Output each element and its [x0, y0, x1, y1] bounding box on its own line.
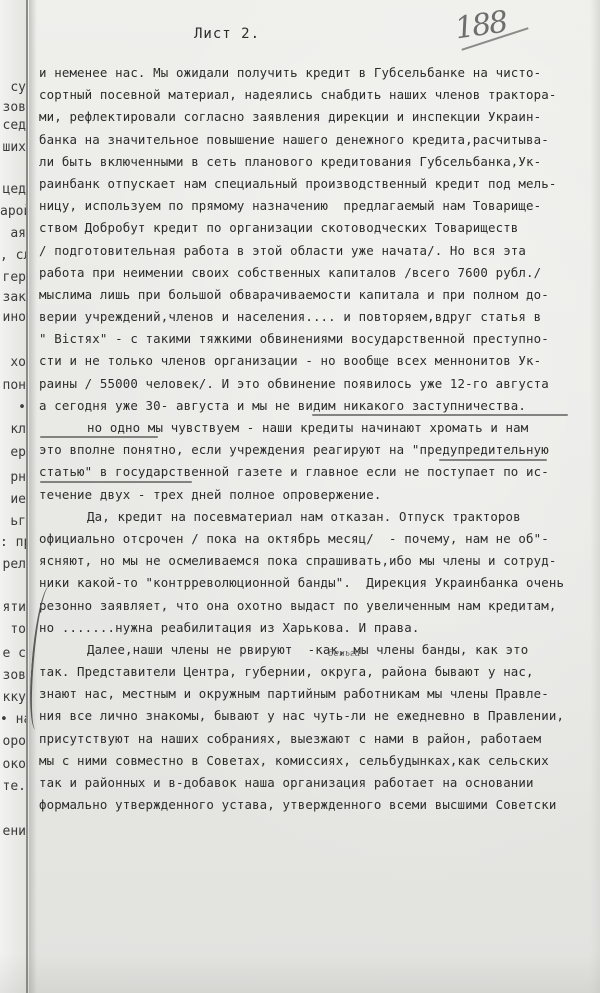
- margin-fragment: •: [0, 400, 26, 415]
- margin-fragment: ая: [0, 226, 26, 241]
- margin-fragment: рн: [0, 470, 26, 485]
- margin-fragment: зов: [0, 668, 26, 683]
- margin-fragment: пон: [0, 378, 26, 393]
- margin-fragment: ени: [0, 824, 26, 839]
- page-bottom-shadow: [0, 953, 600, 993]
- text-line: течение двух - трех дней полное опроверж…: [39, 484, 595, 506]
- text-line: ли быть включенными в сеть планового кре…: [39, 151, 595, 173]
- underline-mark: [312, 414, 568, 416]
- text-line: " Вістях" - с такими тяжкими обвинениями…: [39, 328, 595, 350]
- text-line: ством Добробут кредит по организации ско…: [39, 217, 595, 239]
- margin-fragment: цед: [0, 182, 26, 197]
- margin-fragment: рел: [0, 557, 26, 572]
- underline-mark: [439, 459, 547, 461]
- margin-fragment: , сл: [0, 248, 26, 263]
- margin-fragment: ие: [0, 492, 26, 507]
- margin-fragment: ших: [0, 140, 26, 155]
- underline-mark: [40, 436, 158, 438]
- underline-mark: [40, 481, 192, 483]
- margin-fragment: оро: [0, 734, 26, 749]
- margin-fragment: то: [0, 622, 26, 637]
- text-line: мы с ними совместно в Советах, комиссиях…: [39, 750, 595, 772]
- text-line: ницу, используем по прямому назначению п…: [39, 195, 595, 217]
- margin-fragment: ьг: [0, 514, 26, 529]
- binding-fold-line: [26, 0, 28, 993]
- text-line: сортный посевной материал, надеялись сна…: [39, 84, 595, 106]
- text-line: мыслима лишь при большой обварачиваемост…: [39, 284, 595, 306]
- document-page: сузовседшихцедаройая, слгерзакинохопон•к…: [0, 0, 600, 993]
- margin-fragment: е с: [0, 646, 26, 661]
- typewritten-body: и неменее нас. Мы ожидали получить креди…: [39, 62, 595, 816]
- text-line: верии учреждений,членов и населения.... …: [39, 306, 595, 328]
- margin-fragment: гер: [0, 270, 26, 285]
- text-line: / подготовительная работа в этой области…: [39, 240, 595, 262]
- text-line: банка на значительное повышение нашего д…: [39, 129, 595, 151]
- text-line: присутствуют на наших собраниях, выезжаю…: [39, 728, 595, 750]
- margin-fragment: хо: [0, 355, 26, 370]
- text-line: работа при неимении своих собственных ка…: [39, 262, 595, 284]
- text-line: сти и не только членов организации - но …: [39, 350, 595, 372]
- text-line: знают нас, местным и окружным партийным …: [39, 683, 595, 705]
- text-line: так и районных и в-добавок наша организа…: [39, 772, 595, 794]
- text-line: ясняют, но мы не осмеливаемся пока спраш…: [39, 550, 595, 572]
- sheet-title: Лист 2.: [194, 26, 260, 42]
- margin-fragment: сед: [0, 118, 26, 133]
- margin-fragment: те.: [0, 779, 26, 794]
- margin-fragment: зов: [0, 100, 26, 115]
- text-line: Да, кредит на посевматериал нам отказан.…: [39, 506, 595, 528]
- margin-fragment: : пр: [0, 535, 26, 550]
- margin-fragment: кку: [0, 690, 26, 705]
- margin-fragment: су: [0, 80, 26, 95]
- text-line: резонно заявляет, что она охотно выдаст …: [39, 595, 595, 617]
- binding-shadow: [29, 0, 37, 993]
- margin-fragment: кл: [0, 422, 26, 437]
- margin-fragment: арой: [0, 204, 26, 219]
- text-line: раины / 55000 человек/. И это обвинение …: [39, 373, 595, 395]
- text-line: ники какой-то "контрреволюционной банды"…: [39, 572, 595, 594]
- text-line: официально отсрочен / пока на октябрь ме…: [39, 528, 595, 550]
- text-line: ния все лично знакомы, бывают у нас чуть…: [39, 705, 595, 727]
- archive-folio-number: 188: [453, 5, 509, 47]
- text-line: но .......нужна реабилитация из Харькова…: [39, 617, 595, 639]
- text-line: ми, рефлектировали согласно заявления ди…: [39, 106, 595, 128]
- margin-fragment: яти: [0, 600, 26, 615]
- margin-fragment: око: [0, 757, 26, 772]
- text-line: Далее,наши члены не рвируют -как, мы чле…: [39, 639, 595, 661]
- text-line: так. Представители Центра, губернии, окр…: [39, 661, 595, 683]
- text-line: раинбанк отпускает нам специальный произ…: [39, 173, 595, 195]
- margin-fragment: ино: [0, 310, 26, 325]
- handwritten-insertion: деньги: [328, 649, 360, 659]
- margin-fragment: зак: [0, 290, 26, 305]
- margin-fragment: • на: [0, 712, 26, 727]
- text-line: формально утвержденного устава, утвержде…: [39, 794, 595, 816]
- margin-fragment: ер: [0, 445, 26, 460]
- text-line: и неменее нас. Мы ожидали получить креди…: [39, 62, 595, 84]
